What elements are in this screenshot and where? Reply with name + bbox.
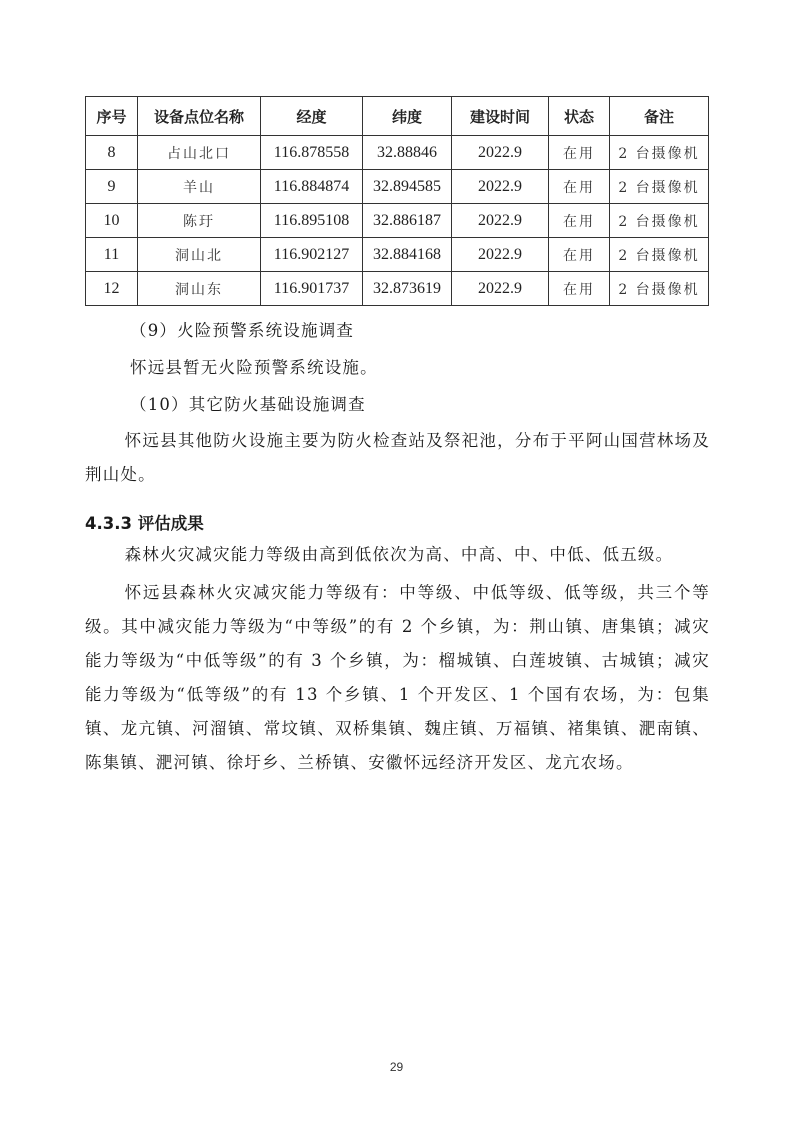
section-heading-4-3-3: 4.3.3 评估成果 — [85, 510, 204, 534]
section-9-body: 怀远县暂无火险预警系统设施。 — [130, 351, 378, 385]
cell-point-name: 占山北口 — [138, 136, 261, 170]
header-longitude: 经度 — [261, 97, 363, 136]
cell-build-time: 2022.9 — [452, 170, 549, 204]
cell-point-name: 洞山东 — [138, 272, 261, 306]
header-latitude: 纬度 — [363, 97, 452, 136]
cell-latitude: 32.894585 — [363, 170, 452, 204]
page-number: 29 — [0, 1060, 793, 1074]
cell-remarks: 2 台摄像机 — [610, 272, 709, 306]
paragraph-assessment-results: 怀远县森林火灾减灾能力等级有：中等级、中低等级、低等级，共三个等级。其中减灾能力… — [85, 576, 710, 780]
cell-latitude: 32.873619 — [363, 272, 452, 306]
cell-index: 11 — [86, 238, 138, 272]
cell-remarks: 2 台摄像机 — [610, 170, 709, 204]
cell-latitude: 32.884168 — [363, 238, 452, 272]
cell-index: 12 — [86, 272, 138, 306]
table-row: 11 洞山北 116.902127 32.884168 2022.9 在用 2 … — [86, 238, 709, 272]
cell-latitude: 32.88846 — [363, 136, 452, 170]
cell-build-time: 2022.9 — [452, 136, 549, 170]
cell-longitude: 116.878558 — [261, 136, 363, 170]
header-status: 状态 — [549, 97, 610, 136]
header-point-name: 设备点位名称 — [138, 97, 261, 136]
cell-longitude: 116.902127 — [261, 238, 363, 272]
paragraph-levels: 森林火灾减灾能力等级由高到低依次为高、中高、中、中低、低五级。 — [85, 538, 710, 572]
table-row: 9 羊山 116.884874 32.894585 2022.9 在用 2 台摄… — [86, 170, 709, 204]
cell-build-time: 2022.9 — [452, 272, 549, 306]
section-9-title: （9）火险预警系统设施调查 — [130, 314, 354, 348]
cell-status: 在用 — [549, 170, 610, 204]
cell-remarks: 2 台摄像机 — [610, 136, 709, 170]
cell-status: 在用 — [549, 272, 610, 306]
cell-longitude: 116.884874 — [261, 170, 363, 204]
cell-remarks: 2 台摄像机 — [610, 204, 709, 238]
header-index: 序号 — [86, 97, 138, 136]
table-row: 12 洞山东 116.901737 32.873619 2022.9 在用 2 … — [86, 272, 709, 306]
section-10-title: （10）其它防火基础设施调查 — [130, 388, 366, 422]
table-header-row: 序号 设备点位名称 经度 纬度 建设时间 状态 备注 — [86, 97, 709, 136]
cell-point-name: 陈玗 — [138, 204, 261, 238]
cell-build-time: 2022.9 — [452, 238, 549, 272]
cell-longitude: 116.895108 — [261, 204, 363, 238]
camera-points-table: 序号 设备点位名称 经度 纬度 建设时间 状态 备注 8 占山北口 116.87… — [85, 96, 709, 306]
cell-longitude: 116.901737 — [261, 272, 363, 306]
table-row: 8 占山北口 116.878558 32.88846 2022.9 在用 2 台… — [86, 136, 709, 170]
document-page: 序号 设备点位名称 经度 纬度 建设时间 状态 备注 8 占山北口 116.87… — [0, 0, 793, 1122]
cell-index: 9 — [86, 170, 138, 204]
cell-build-time: 2022.9 — [452, 204, 549, 238]
table-row: 10 陈玗 116.895108 32.886187 2022.9 在用 2 台… — [86, 204, 709, 238]
cell-index: 10 — [86, 204, 138, 238]
section-10-body: 怀远县其他防火设施主要为防火检查站及祭祀池，分布于平阿山国营林场及荆山处。 — [85, 424, 710, 492]
cell-remarks: 2 台摄像机 — [610, 238, 709, 272]
header-build-time: 建设时间 — [452, 97, 549, 136]
cell-latitude: 32.886187 — [363, 204, 452, 238]
cell-status: 在用 — [549, 136, 610, 170]
cell-point-name: 洞山北 — [138, 238, 261, 272]
cell-status: 在用 — [549, 204, 610, 238]
cell-status: 在用 — [549, 238, 610, 272]
header-remarks: 备注 — [610, 97, 709, 136]
cell-point-name: 羊山 — [138, 170, 261, 204]
cell-index: 8 — [86, 136, 138, 170]
